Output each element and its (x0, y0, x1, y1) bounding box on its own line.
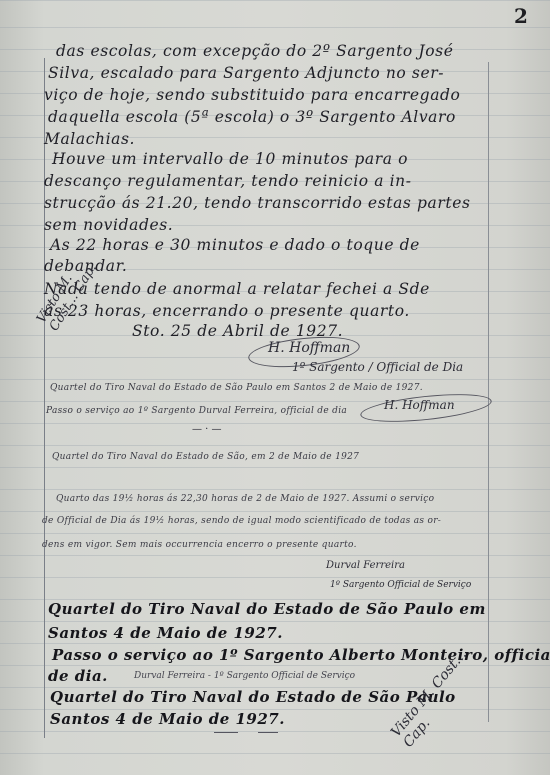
entry-2-line: Quartel do Tiro Naval do Estado de São P… (50, 383, 423, 393)
separator-dash (258, 732, 278, 733)
separator: — · — (192, 424, 222, 435)
entry-1-line: strucção ás 21.20, tendo transcorrido es… (44, 194, 471, 212)
entry-1-line: descanço regulamentar, tendo reinicio a … (44, 172, 412, 190)
entry-3-line: dens em vigor. Sem mais occurrencia ence… (42, 540, 357, 550)
entry-4-line: de dia. (48, 667, 108, 685)
separator-dash (214, 732, 238, 733)
signature: H. Hoffman (384, 398, 455, 412)
entry-1-line: Malachias. (44, 130, 135, 148)
page-number: 2 (514, 4, 528, 28)
entry-4-line: Quartel do Tiro Naval do Estado de São P… (48, 600, 486, 618)
entry-4-closing-line: Quartel do Tiro Naval do Estado de São P… (50, 688, 456, 706)
entry-3-line: de Official de Dia ás 19½ horas, sendo d… (42, 516, 441, 526)
signature: Durval Ferreira (326, 560, 405, 571)
entry-2-line: Passo o serviço ao 1º Sargento Durval Fe… (46, 406, 347, 416)
signature-title: 1º Sargento Official de Serviço (330, 580, 471, 590)
entry-1-line: ás 23 horas, encerrando o presente quart… (44, 302, 410, 320)
inline-signature: Durval Ferreira - 1º Sargento Official d… (134, 671, 355, 681)
entry-1-line: sem novidades. (44, 216, 173, 234)
entry-4-closing-line: Santos 4 de Maio de 1927. (50, 710, 285, 728)
entry-3-heading: Quartel do Tiro Naval do Estado de São, … (52, 452, 359, 462)
right-margin-line (488, 62, 489, 722)
entry-1-line: das escolas, com excepção do 2º Sargento… (56, 42, 453, 60)
manuscript-page: 2 das escolas, com excepção do 2º Sargen… (0, 0, 550, 775)
entry-4-line: Santos 4 de Maio de 1927. (48, 624, 283, 642)
entry-1-line: Silva, escalado para Sargento Adjuncto n… (48, 64, 444, 82)
left-margin-line (44, 58, 45, 738)
entry-1-line: daquella escola (5ª escola) o 3º Sargent… (48, 108, 456, 126)
entry-3-line: Quarto das 19½ horas ás 22,30 horas de 2… (56, 494, 434, 504)
entry-1-line: viço de hoje, sendo substituido para enc… (44, 86, 461, 104)
entry-1-line: As 22 horas e 30 minutos e dado o toque … (50, 236, 420, 254)
entry-1-line: Nada tendo de anormal a relatar fechei a… (44, 280, 430, 298)
entry-1-line: Houve um intervallo de 10 minutos para o (52, 150, 408, 168)
signature-title: 1º Sargento / Official de Dia (292, 360, 463, 374)
signature: H. Hoffman (268, 340, 350, 356)
